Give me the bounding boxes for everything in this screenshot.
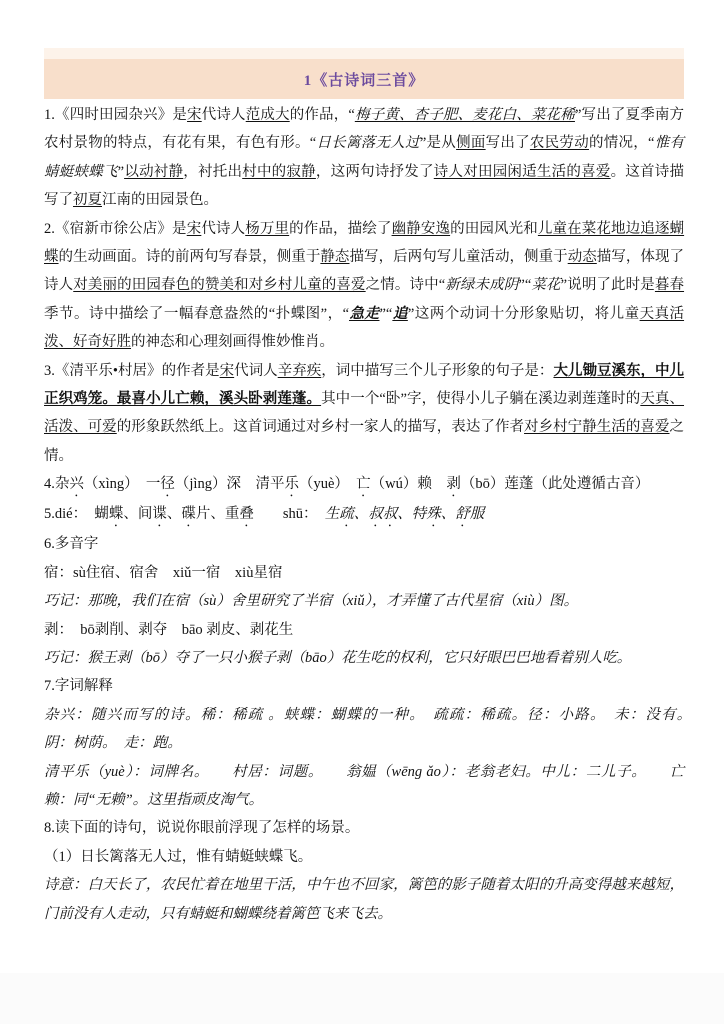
text-run: （yuè） bbox=[299, 476, 356, 492]
paragraph: 6.多音字 bbox=[44, 530, 684, 558]
text-run: 叔 bbox=[383, 506, 398, 522]
text-run: 径 bbox=[160, 476, 175, 492]
text-run: 宿：sù住宿、宿舍 xiǔ一宿 xiù星宿 bbox=[44, 565, 282, 581]
text-run: ”说明了此时是 bbox=[561, 277, 655, 293]
text-run: 6.多音字 bbox=[44, 536, 98, 552]
paragraph: 5.dié： 蝴蝶、间谍、碟片、重叠 shū： 生疏、叔叔、特殊、舒服 bbox=[44, 500, 684, 530]
text-run: 乐 bbox=[284, 476, 299, 492]
text-run: 宋 bbox=[187, 107, 202, 123]
text-run: 、 bbox=[441, 506, 456, 522]
paragraph: 8.读下面的诗句，说说你眼前浮现了怎样的场景。 bbox=[44, 814, 684, 842]
text-run: ”这两个动词十分形象贴切，将儿童 bbox=[408, 306, 640, 322]
text-run: 7.字词解释 bbox=[44, 678, 113, 694]
text-run: 写出了 bbox=[486, 135, 530, 151]
text-run: 梅子黄、杏子肥、麦花白、菜花稀 bbox=[355, 107, 575, 123]
text-run: 5.dié： 蝴 bbox=[44, 506, 109, 522]
text-run: 江南的田园景色。 bbox=[102, 192, 218, 208]
text-run: 静态 bbox=[320, 249, 349, 265]
text-run: 的情况，“ bbox=[589, 135, 655, 151]
text-run: 代诗人 bbox=[201, 221, 245, 237]
text-run: 农民劳动 bbox=[530, 135, 589, 151]
paragraph: 杂兴：随兴而写的诗。稀：稀疏 。蛱蝶：蝴蝶的一种。 疏疏：稀疏。径：小路。 未：… bbox=[44, 701, 684, 758]
text-run: 、 bbox=[167, 506, 182, 522]
paragraph: 巧记：猴王剥（bō）夺了一只小猴子剥（bāo）花生吃的权利，它只好眼巴巴地看着别… bbox=[44, 644, 684, 672]
text-run: 片、重 bbox=[196, 506, 240, 522]
text-run: 杨万里 bbox=[245, 221, 289, 237]
text-run: 服 bbox=[470, 506, 485, 522]
text-run: 的神态和心理刻画得惟妙惟肖。 bbox=[131, 334, 334, 350]
paragraph: 剥： bō剥削、剥夺 bāo 剥皮、剥花生 bbox=[44, 616, 684, 644]
text-run: 生 bbox=[325, 506, 340, 522]
text-run: 的田园风光和 bbox=[450, 221, 538, 237]
text-run: 急走 bbox=[349, 306, 379, 322]
text-run: 剥 bbox=[446, 476, 461, 492]
text-run: ，词中描写三个儿子形象的句子是： bbox=[321, 363, 553, 379]
text-run: 初夏 bbox=[73, 192, 102, 208]
text-run: 、特 bbox=[397, 506, 426, 522]
text-run: 、 bbox=[354, 506, 369, 522]
text-run: 清平乐（yuè）：词牌名。 村居：词题。 翁媪（wēng ǎo）：老翁老妇。中儿… bbox=[44, 764, 684, 808]
text-run: 碟 bbox=[181, 506, 196, 522]
page-bottom-edge bbox=[0, 973, 724, 1024]
text-run: ，这两句诗抒发了 bbox=[316, 164, 434, 180]
text-run: 暮春 bbox=[655, 277, 684, 293]
text-run: 追 bbox=[392, 306, 407, 322]
text-run: 宋 bbox=[187, 221, 202, 237]
text-run: 谍 bbox=[152, 506, 167, 522]
paragraph: （1）日长篱落无人过，惟有蜻蜓蛱蝶飞。 bbox=[44, 843, 684, 871]
text-run: 的形象跃然纸上。这首词通过对乡村一家人的描写，表达了作者 bbox=[117, 419, 524, 435]
text-run: （xìng） 一 bbox=[84, 476, 161, 492]
text-run: 的作品，“ bbox=[290, 107, 355, 123]
text-run: 代词人 bbox=[234, 363, 278, 379]
text-run: 之情。诗中“ bbox=[366, 277, 446, 293]
text-run: （bō）莲蓬（此处遵循古音） bbox=[461, 476, 650, 492]
text-run: 剥： bō剥削、剥夺 bāo 剥皮、剥花生 bbox=[44, 622, 293, 638]
text-run: 新绿未成阴 bbox=[445, 277, 518, 293]
text-run: 、间 bbox=[123, 506, 152, 522]
text-run: 叔 bbox=[368, 506, 383, 522]
paragraph: 2.《宿新市徐公店》是宋代诗人杨万里的作品，描绘了幽静安逸的田园风光和儿童在菜花… bbox=[44, 215, 684, 357]
title-bar: 1《古诗词三首》 bbox=[44, 59, 684, 99]
text-run: 1.《四时田园杂兴》是 bbox=[44, 107, 187, 123]
text-run: 4.杂 bbox=[44, 476, 69, 492]
paragraph: 宿：sù住宿、宿舍 xiǔ一宿 xiù星宿 bbox=[44, 559, 684, 587]
text-run: 殊 bbox=[426, 506, 441, 522]
title-bar-top-strip bbox=[44, 48, 684, 59]
text-run: 兴 bbox=[69, 476, 84, 492]
paragraph: 7.字词解释 bbox=[44, 672, 684, 700]
text-run: 诗人对田园闲适生活的喜爱 bbox=[434, 164, 611, 180]
page-title: 1《古诗词三首》 bbox=[304, 69, 425, 90]
text-run: 范成大 bbox=[246, 107, 290, 123]
text-run: ”“ bbox=[379, 306, 392, 322]
text-run: （wú）赖 bbox=[371, 476, 447, 492]
text-run: 对美丽的田园春色的赞美和对乡村儿童的喜爱 bbox=[73, 277, 365, 293]
text-run: 幽静安逸 bbox=[392, 221, 451, 237]
text-run: 的作品，描绘了 bbox=[289, 221, 391, 237]
text-run: 其中一个“卧”字，使得小儿子躺在溪边剥莲蓬时的 bbox=[321, 391, 640, 407]
text-run: ”“ bbox=[518, 277, 531, 293]
text-run: 诗意：白天长了，农民忙着在地里干活，中午也不回家，篱笆的影子随着太阳的升高变得越… bbox=[44, 877, 684, 921]
paragraph: 清平乐（yuè）：词牌名。 村居：词题。 翁媪（wēng ǎo）：老翁老妇。中儿… bbox=[44, 758, 684, 815]
paragraph: 1.《四时田园杂兴》是宋代诗人范成大的作品，“梅子黄、杏子肥、麦花白、菜花稀”写… bbox=[44, 101, 684, 215]
text-run: shū： bbox=[254, 506, 325, 522]
text-run: 巧记：猴王剥（bō）夺了一只小猴子剥（bāo）花生吃的权利，它只好眼巴巴地看着别… bbox=[44, 650, 631, 666]
text-run: 季节。诗中描绘了一幅春意盎然的“扑蝶图”，“ bbox=[44, 306, 349, 322]
text-run: 8.读下面的诗句，说说你眼前浮现了怎样的场景。 bbox=[44, 820, 359, 836]
text-run: 动态 bbox=[568, 249, 597, 265]
text-run: 疏 bbox=[339, 506, 354, 522]
text-run: 2.《宿新市徐公店》是 bbox=[44, 221, 187, 237]
text-run: 杂兴：随兴而写的诗。稀：稀疏 。蛱蝶：蝴蝶的一种。 疏疏：稀疏。径：小路。 未：… bbox=[44, 707, 713, 751]
document-page: 1《古诗词三首》 1.《四时田园杂兴》是宋代诗人范成大的作品，“梅子黄、杏子肥、… bbox=[0, 0, 724, 1024]
text-run: 以动衬静 bbox=[124, 164, 183, 180]
text-run: 对乡村宁静生活的喜爱 bbox=[524, 419, 669, 435]
text-run: （1）日长篱落无人过，惟有蜻蜓蛱蝶飞。 bbox=[44, 849, 312, 865]
text-run: 巧记：那晚，我们在宿（sù）舍里研究了半宿（xiǔ），才弄懂了古代星宿（xiù）… bbox=[44, 593, 578, 609]
text-run: 宋 bbox=[220, 363, 235, 379]
paragraph: 诗意：白天长了，农民忙着在地里干活，中午也不回家，篱笆的影子随着太阳的升高变得越… bbox=[44, 871, 684, 928]
text-run: 辛弃疾 bbox=[278, 363, 322, 379]
text-run: 描写，后两句写儿童活动，侧重于 bbox=[349, 249, 567, 265]
text-run: （jìng）深 清平 bbox=[175, 476, 285, 492]
text-run: 的生动画面。诗的前两句写春景，侧重于 bbox=[59, 249, 321, 265]
text-run: 舒 bbox=[455, 506, 470, 522]
text-run: 侧面 bbox=[456, 135, 486, 151]
paragraph: 巧记：那晚，我们在宿（sù）舍里研究了半宿（xiǔ），才弄懂了古代星宿（xiù）… bbox=[44, 587, 684, 615]
text-run: 菜花 bbox=[531, 277, 560, 293]
text-run: 叠 bbox=[239, 506, 254, 522]
text-run: ，衬托出 bbox=[183, 164, 242, 180]
document-body: 1.《四时田园杂兴》是宋代诗人范成大的作品，“梅子黄、杏子肥、麦花白、菜花稀”写… bbox=[44, 101, 684, 928]
text-run: 代诗人 bbox=[202, 107, 246, 123]
paragraph: 3.《清平乐•村居》的作者是宋代词人辛弃疾，词中描写三个儿子形象的句子是：大儿锄… bbox=[44, 357, 684, 471]
document-content: 1《古诗词三首》 1.《四时田园杂兴》是宋代诗人范成大的作品，“梅子黄、杏子肥、… bbox=[44, 48, 684, 928]
text-run: ”是从 bbox=[420, 135, 456, 151]
text-run: 日长篱落无人过 bbox=[316, 135, 420, 151]
text-run: 3.《清平乐•村居》的作者是 bbox=[44, 363, 220, 379]
text-run: 蝶 bbox=[109, 506, 124, 522]
text-run: 村中的寂静 bbox=[242, 164, 316, 180]
text-run: 亡 bbox=[356, 476, 371, 492]
paragraph: 4.杂兴（xìng） 一径（jìng）深 清平乐（yuè） 亡（wú）赖 剥（b… bbox=[44, 470, 684, 500]
